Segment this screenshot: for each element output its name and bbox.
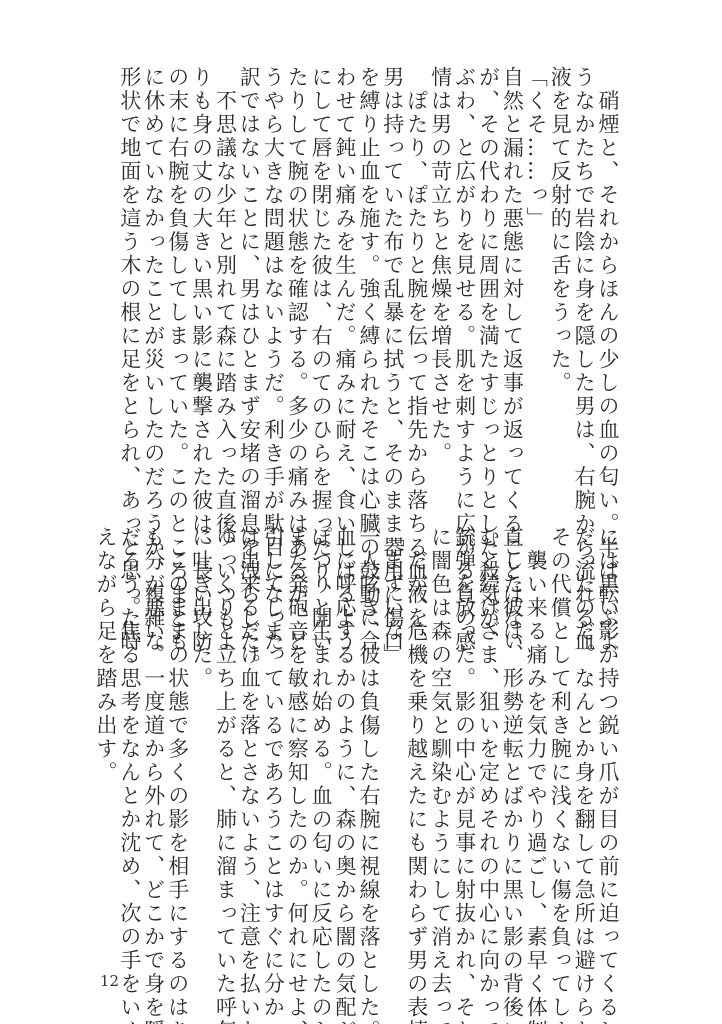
text-column: ぶわ、と広がりを見せる。肌を刺すように広がる負の感 — [452, 66, 476, 496]
book-page: 硝煙と、それからほんの少しの血の匂い。半ば転ぶようなかたちで岩陰に身を隠した男は… — [0, 0, 722, 1024]
text-column: 一人呟き、彼は負傷した右腕に視線を落とした。流した — [356, 526, 380, 956]
text-column: 不思議な少年と別れて森に踏み入った直後、いつもよ — [213, 66, 237, 496]
text-column: 訳ではないことに、男はひとまず安堵の溜息を洩らした。 — [237, 66, 261, 496]
text-column: うなかたちで岩陰に身を隠した男は、右腕から流れる血 — [571, 66, 595, 496]
text-column: たりして腕の状態を確認する。多少の痛みはあるが、ど — [284, 66, 308, 496]
text-column: だろう。焦る思考をなんとか沈め、次の手をいくつも考 — [117, 526, 141, 956]
text-column: 液を見て反射的に舌をうった。 — [547, 66, 571, 496]
text-column: に休めていなかったことが災いしたのだろうか、複雑な — [141, 66, 165, 496]
text-column: に吐き出した。 — [189, 526, 213, 956]
text-column: の末に右腕を負傷してしまっていた。このところまとも — [165, 66, 189, 496]
text-column: ゆっくりと立ち上がると、肺に溜まっていた呼気を一気 — [213, 526, 237, 956]
text-column: えながら足を踏み出す。 — [93, 526, 117, 956]
text-column: うやら大きな問題はないようだ。利き手が駄目になった — [260, 66, 284, 496]
text-column: また発砲音を敏感に察知したのか。何れにせよ、影を誘 — [284, 526, 308, 956]
text-column: には黒い影が持つ鋭い爪が目の前に迫ってくるところ — [595, 526, 619, 956]
text-block-top: 硝煙と、それからほんの少しの血の匂い。半ば転ぶようなかたちで岩陰に身を隠した男は… — [117, 66, 619, 496]
text-block-bottom: には黒い影が持つ鋭い爪が目の前に迫ってくるところだったのだ。なんとか身を翻して急… — [117, 526, 619, 956]
text-column: が、その代わりに周囲を満たすじっとりとした殺気が、 — [476, 66, 500, 496]
text-column: 襲い来る痛みを気力でやり過ごし、素早く体制を立て — [523, 526, 547, 956]
text-column: 銃弾を放った。影の中心が見事に射抜かれ、それと同時 — [452, 526, 476, 956]
text-column: は出来るだけ血を落とさないよう、注意を払いながら — [237, 526, 261, 956]
text-column: ぽつりと生まれ始める。血の匂いに反応したのか、はた — [308, 526, 332, 956]
page-number: 12 — [100, 972, 119, 990]
text-column: 自然と漏れた悪態に対して返事が返ってくることはない — [499, 66, 523, 496]
text-column: りも身の丈の大きい黒い影に襲撃された彼は、長い攻防 — [189, 66, 213, 496]
text-column: も分が悪い。一度道から外れて、どこかで身を隠すべき — [141, 526, 165, 956]
text-column: に闇色は森の空気と馴染むようにして消え去っていく。 — [428, 526, 452, 956]
text-column: にして唇を閉じた彼は、右のてのひらを握ったり、開い — [308, 66, 332, 496]
text-column: ぽたり、ぽたりと腕を伝って指先から落ちる血液を、 — [404, 66, 428, 496]
text-column: その代償として利き腕に浅くない傷を負ってしまった。 — [547, 526, 571, 956]
text-column: 「まずいな」 — [380, 526, 404, 956]
text-column: 形状で地面を這う木の根に足をとられ、あっと思った時 — [117, 66, 141, 496]
text-column: だったのだ。なんとか身を翻して急所は避けられたが、 — [571, 526, 595, 956]
text-column: だが、危機を乗り越えたにも関わらず男の表情は固い。 — [404, 526, 428, 956]
text-column: を縛り止血を施す。強く縛られたそこは心臓の鼓動に合 — [356, 66, 380, 496]
text-column: 情は男の苛立ちと焦燥を増長させた。 — [428, 66, 452, 496]
text-column: 引してしまっているであろうことはすぐに分かった。男 — [260, 526, 284, 956]
text-column: 硝煙と、それからほんの少しの血の匂い。半ば転ぶよ — [595, 66, 619, 496]
text-column: 「くそ……っ」 — [523, 66, 547, 496]
text-column: わせて鈍い痛みを生んだ。痛みに耐え、食いしばるよう — [332, 66, 356, 496]
text-column: むと続けざま、狙いを定めそれの中心に向かって何発か — [476, 526, 500, 956]
text-column: 血に呼応するかのように、森の奥から闇の気配がぽつり — [332, 526, 356, 956]
text-column: 直した彼は、形勢逆転とばかりに黒い影の背後に回り込 — [499, 526, 523, 956]
text-column: このままの状態で多くの影を相手にするのはあまりに — [165, 526, 189, 956]
text-column: 男は持っていた布で乱暴に拭うと、そのまま器用に傷口 — [380, 66, 404, 496]
